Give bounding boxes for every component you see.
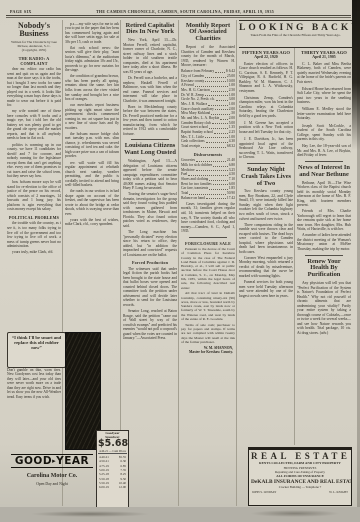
divider-rule bbox=[247, 163, 285, 164]
leader-dots bbox=[209, 189, 227, 190]
paragraph: the holsum moore bridge club met tuesday… bbox=[65, 132, 119, 159]
paragraph: The Long machine has "personally dictate… bbox=[123, 230, 177, 257]
ledger-label: Total receipts bbox=[181, 144, 200, 149]
article-headline: Nobody's Business bbox=[7, 22, 61, 39]
divider-rule bbox=[305, 161, 343, 162]
paragraph: p.s.—my wife says for me to ask you to p… bbox=[65, 22, 119, 45]
leader-dots bbox=[220, 119, 227, 120]
goodyear-tire-ad: “I think I'll be smart and replace this … bbox=[7, 330, 126, 506]
masthead-title: THE CAMDEN CHRONICLE, CAMDEN, SOUTH CARO… bbox=[60, 9, 310, 14]
agent-name-left: JOHN S. LINDSAY bbox=[252, 490, 276, 494]
paragraph: New York, April 13.—Dr. Morton Ferrell, … bbox=[123, 38, 177, 74]
article-headline: Sunday Night Crash Takes Lives of Two bbox=[240, 167, 292, 188]
news-item: Christmas Zemp, Camden's champion miler,… bbox=[239, 96, 293, 119]
paragraph: Cases investigated during the month, 31;… bbox=[181, 202, 235, 234]
leader-dots bbox=[213, 184, 228, 185]
paragraph: hon. holsum moore says he will stand for… bbox=[7, 180, 61, 212]
leader-dots bbox=[205, 77, 226, 78]
subheading: POLITICAL PROBLEMS bbox=[7, 215, 61, 220]
paragraph: Coroner West empaneled a jury Monday mor… bbox=[239, 256, 293, 279]
legal-paragraph: Terms of sale cash; purchaser to pay for… bbox=[181, 323, 235, 344]
column-thirty-years-ago: THIRTY YEARS AGOApril 21, 1905C. L. Bake… bbox=[297, 48, 351, 445]
scan-artifact-smudge bbox=[250, 510, 340, 517]
news-item: Hay Lee, the 18-year-old son of Mr. and … bbox=[297, 144, 351, 158]
ledger-row: Balance on hand17.42 bbox=[181, 196, 235, 201]
article-headline: Renew Your Health By Purification bbox=[298, 259, 350, 280]
news-item: Edward Horne has returned from Salt Lake… bbox=[297, 87, 351, 105]
masthead-rule bbox=[6, 15, 351, 16]
divider-rule bbox=[189, 237, 227, 238]
leader-dots bbox=[209, 128, 228, 129]
paragraph: Born in Mecklenburg county before the wa… bbox=[123, 105, 177, 137]
subheading: THE RADIO: A COMPLAINT bbox=[7, 56, 61, 66]
paragraph: The witnesses said that under legal fict… bbox=[123, 267, 177, 308]
legal-paragraph: All that tract of land in DeKalb townshi… bbox=[181, 291, 235, 321]
paragraph: politics is warming up in our county. we… bbox=[7, 143, 61, 179]
leader-dots bbox=[213, 166, 227, 167]
newspaper-page: PAGE SIX THE CAMDEN CHRONICLE, CAMDEN, S… bbox=[0, 0, 360, 522]
signature-line: Master for Kershaw County. bbox=[181, 350, 233, 355]
leader-dots bbox=[196, 161, 226, 162]
column-charities-report: Monthly Report Of Associated CharitiesRe… bbox=[181, 20, 235, 506]
logo-text-left: GOOD bbox=[15, 455, 52, 467]
column-rule bbox=[178, 20, 179, 506]
looking-backward-title: LOOKING BACKWARD bbox=[239, 23, 352, 33]
leader-dots bbox=[211, 114, 229, 115]
looking-backward-subtitle: Taken From the Files of the Chronicle Fi… bbox=[239, 34, 352, 38]
agent-names: JOHN S. LINDSAY W. L. KNIGHT bbox=[251, 490, 349, 494]
leader-dots bbox=[211, 91, 228, 92]
ledger-label: Balance on hand bbox=[181, 196, 205, 201]
paragraph: Bethune, April 16.—The Wise Workers clas… bbox=[297, 181, 351, 208]
leader-dots bbox=[214, 133, 228, 134]
paragraph: rev. will waite will fill his regular ap… bbox=[65, 161, 119, 188]
paragraph: the trouble with the country, as i see i… bbox=[7, 221, 61, 248]
leader-dots bbox=[209, 180, 227, 181]
paragraph: A number of ladies here attended the dis… bbox=[297, 233, 351, 251]
page-number-label: PAGE SIX bbox=[10, 9, 32, 14]
leader-dots bbox=[208, 105, 227, 106]
article-headline: News of Interest In and Near Bethune bbox=[298, 165, 350, 179]
subheading: Disbursements bbox=[181, 152, 235, 157]
big-price: $5.68 bbox=[98, 439, 127, 449]
news-item: C. L. Baker and Miss Bertha Blakeney, bo… bbox=[297, 62, 351, 85]
column-rule bbox=[294, 48, 295, 445]
paragraph: our merchants report business picking up… bbox=[65, 103, 119, 130]
news-item: Easter election of officers in Grace chu… bbox=[239, 62, 293, 94]
price-panel: Goodyear Speedway $5.68 4.40-21 — Cash P… bbox=[96, 430, 129, 508]
news-item: Joseph Scott McCorkle, a student of the … bbox=[297, 124, 351, 142]
ad-copy-text: Don't gamble on thin, worn tires. New Go… bbox=[7, 368, 61, 399]
divider-rule bbox=[131, 139, 169, 140]
column-nobodys-business-cont: p.s.—my wife says for me to ask you to p… bbox=[65, 20, 119, 328]
price-table: 4.40-21$5.554.50-216.304.75-196.855.00-1… bbox=[98, 455, 127, 490]
paragraph: flat rock school news: the seniors will … bbox=[65, 46, 119, 73]
byline: (Copyright, 1935) bbox=[7, 48, 61, 52]
news-item: J. M. Greene has accepted a position wit… bbox=[239, 121, 293, 135]
leader-dots bbox=[206, 142, 228, 143]
goodyear-logo: GOOD▸YEAR bbox=[11, 454, 93, 468]
price-note: 4.40-21 — Cash Prices bbox=[98, 449, 127, 454]
article-headline: Monthly Report Of Associated Charities bbox=[182, 23, 234, 44]
paragraph: Washington, April 13.—A delegation of Lo… bbox=[123, 159, 177, 191]
news-item: William E. Medley stood the letter-carri… bbox=[297, 107, 351, 121]
paragraph: the roads in our section is in bad shape… bbox=[65, 189, 119, 216]
dealer-subline: Open Day and Night bbox=[11, 482, 93, 486]
logo-text-right: YEAR bbox=[56, 455, 89, 467]
leader-dots bbox=[195, 86, 228, 87]
ledger-row: Total receipts68.32 bbox=[181, 144, 235, 149]
leader-dots bbox=[189, 194, 226, 195]
paragraph: Two Kershaw county young men, Roy Branha… bbox=[239, 189, 293, 221]
paragraph: Report of the Associated Charities of Ca… bbox=[181, 45, 235, 68]
column-rule bbox=[236, 20, 237, 506]
leader-dots bbox=[206, 198, 226, 199]
section-date: April 21, 1905 bbox=[297, 55, 351, 59]
leader-dots bbox=[215, 109, 228, 110]
leader-dots bbox=[205, 137, 228, 138]
looking-backward-box: LOOKING BACKWARD Taken From the Files of… bbox=[239, 20, 352, 48]
agent-name-right: W. L. KNIGHT bbox=[329, 490, 348, 494]
ledger-amount: 68.32 bbox=[227, 144, 235, 149]
paragraph: my wife wanted one of these here console… bbox=[7, 109, 61, 141]
paragraph: the condition of grandma brown, who has … bbox=[65, 74, 119, 101]
paragraph: yours truly, mike Clark, rfd. bbox=[7, 250, 61, 255]
column-fifteen-years-ago: FIFTEEN YEARS AGOApril 22, 1920Easter el… bbox=[239, 48, 293, 445]
leader-dots bbox=[212, 123, 228, 124]
section-date: April 22, 1920 bbox=[239, 55, 293, 59]
building-telephone-line: Crocker Building — Telephone 7 bbox=[251, 485, 349, 489]
tire-price: 12.00 bbox=[119, 485, 126, 489]
paragraph: Touring the senator's sugar-bowl domain,… bbox=[123, 192, 177, 228]
paragraph: yours with the best of wishes, mike Clar… bbox=[65, 218, 119, 227]
ad-speech-bubble: “I think I'll be smart and replace this … bbox=[7, 332, 66, 368]
masthead-rule-thin bbox=[6, 17, 351, 18]
leader-dots bbox=[205, 95, 228, 96]
article-headline: Louisiana Citizens Want Long Ousted bbox=[124, 143, 176, 157]
paragraph: Dr. Ferrell was a bachelor, and a nephew… bbox=[123, 76, 177, 103]
legal-paragraph: Pursuant to the decree of the Court of C… bbox=[181, 247, 235, 290]
leader-dots bbox=[205, 81, 225, 82]
subheading: Forced Production bbox=[123, 260, 177, 265]
paragraph: Three companions riding in the rumble se… bbox=[239, 223, 293, 255]
ad-line: ALL FORMS OF INSURANCE bbox=[251, 474, 349, 479]
real-estate-title: REAL ESTATE bbox=[251, 451, 349, 461]
article-headline: Retired Capitalist Dies In New York bbox=[124, 23, 176, 37]
leader-dots bbox=[216, 100, 228, 101]
leader-dots bbox=[188, 175, 227, 176]
news-item: J. E. Davidson, Jr., has been appointed … bbox=[239, 137, 293, 160]
paragraph: Friends of Mrs. Charlie Yarborough will … bbox=[297, 209, 351, 232]
tire-size: 6.00-19 bbox=[99, 485, 109, 489]
leader-dots bbox=[215, 72, 225, 73]
leader-dots bbox=[201, 147, 226, 148]
paragraph: Any physician will tell you that "Perfec… bbox=[297, 281, 351, 335]
paragraph: dear mr. editor: our radio has went and … bbox=[7, 67, 61, 108]
column-retired-capitalist: Retired Capitalist Dies In New YorkNew Y… bbox=[123, 20, 177, 506]
subheading: FORECLOSURE SALE bbox=[181, 241, 235, 246]
leader-dots bbox=[196, 170, 228, 171]
ad-line: RENTS COLLECTED, FARM AND CITY PROPERTY bbox=[251, 461, 349, 465]
scan-artifact-smudge bbox=[30, 511, 150, 517]
divider-rule bbox=[305, 255, 343, 256]
paragraph: Senator Long, reached at Baton Rouge, sa… bbox=[123, 309, 177, 341]
column-nobodys-business: Nobody's BusinessWritten for The Chronic… bbox=[7, 20, 61, 328]
tire-price-row: 6.00-1912.00 bbox=[98, 485, 127, 489]
paragraph: Funeral services for both young men were… bbox=[239, 280, 293, 298]
ledger-amount: 17.42 bbox=[227, 196, 235, 201]
real-estate-ad: REAL ESTATE RENTS COLLECTED, FARM AND CI… bbox=[248, 447, 352, 506]
dealer-name: Carolina Motor Co. bbox=[11, 473, 93, 479]
